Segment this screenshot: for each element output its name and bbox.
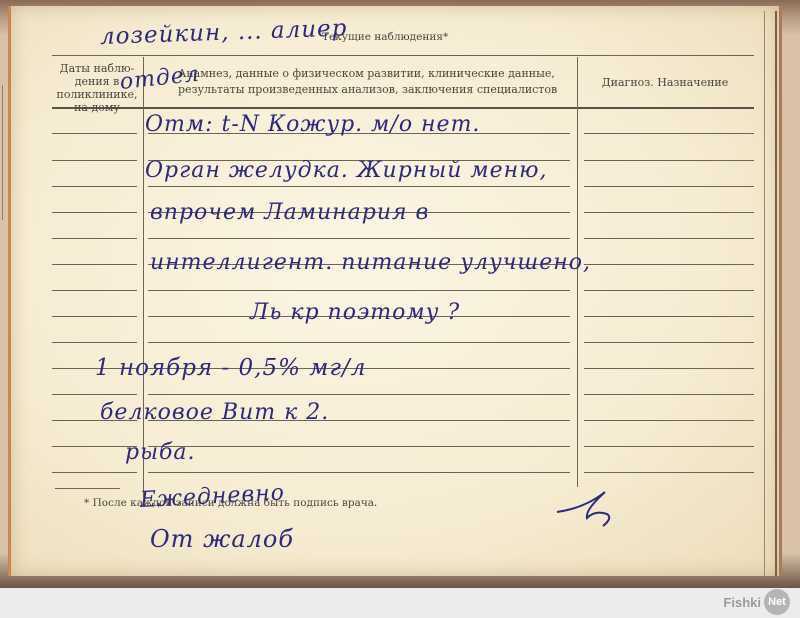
watermark-text: Fishki bbox=[723, 595, 761, 610]
page-stack-edge bbox=[764, 11, 777, 576]
header-line: на дому bbox=[52, 101, 142, 114]
ruled-line bbox=[52, 316, 137, 317]
ruled-line bbox=[584, 160, 754, 161]
ruled-line bbox=[584, 342, 754, 343]
ruled-line bbox=[148, 472, 570, 473]
ruled-line bbox=[148, 186, 570, 187]
header-line: результаты произведенных анализов, заклю… bbox=[178, 83, 570, 96]
ruled-line bbox=[52, 186, 137, 187]
ruled-line bbox=[52, 160, 137, 161]
fishki-watermark: Fishki Net bbox=[723, 590, 790, 614]
ruled-line bbox=[584, 316, 754, 317]
handwriting-line: От жалоб bbox=[150, 525, 294, 553]
handwriting-line: впрочем Ламинария в bbox=[150, 200, 429, 225]
ruled-line bbox=[584, 133, 754, 134]
ruled-line bbox=[148, 342, 570, 343]
ruled-line bbox=[584, 368, 754, 369]
ruled-line bbox=[584, 212, 754, 213]
ruled-line bbox=[148, 290, 570, 291]
handwriting-line: Отм: t-N Кожур. м/о нет. bbox=[145, 112, 480, 137]
ruled-line bbox=[52, 212, 137, 213]
ruled-line bbox=[584, 264, 754, 265]
ruled-line bbox=[52, 342, 137, 343]
handwriting-line: рыба. bbox=[125, 440, 196, 465]
ruled-line bbox=[52, 472, 137, 473]
ruled-line bbox=[584, 394, 754, 395]
ruled-line bbox=[584, 290, 754, 291]
ruled-line bbox=[52, 290, 137, 291]
header-bottom-rule bbox=[52, 107, 754, 109]
header-line: Анамнез, данные о физическом развитии, к… bbox=[178, 67, 570, 80]
ruled-line bbox=[52, 133, 137, 134]
ruled-line bbox=[52, 264, 137, 265]
ruled-line bbox=[148, 238, 570, 239]
notebook: Текущие наблюдения* Даты наблю- дения в … bbox=[0, 0, 800, 588]
ruled-line bbox=[584, 472, 754, 473]
footnote-rule bbox=[55, 488, 120, 489]
ruled-line bbox=[52, 238, 137, 239]
column-header-anamnesis: Анамнез, данные о физическом развитии, к… bbox=[150, 67, 570, 96]
handwriting-line: Ль кр поэтому ? bbox=[250, 300, 460, 325]
doctor-signature bbox=[555, 480, 635, 530]
ruled-line bbox=[148, 394, 570, 395]
header-top-rule bbox=[52, 55, 754, 56]
ruled-line bbox=[584, 446, 754, 447]
handwriting-line: 1 ноября - 0,5% мг/л bbox=[95, 355, 366, 381]
ruled-line bbox=[584, 420, 754, 421]
ruled-line bbox=[584, 186, 754, 187]
column-header-diagnosis: Диагноз. Назначение bbox=[580, 76, 750, 89]
ruled-line bbox=[584, 238, 754, 239]
handwriting-line: интеллигент. питание улучшено, bbox=[150, 250, 591, 275]
column-divider-date bbox=[143, 57, 144, 497]
ruled-line bbox=[52, 394, 137, 395]
ruled-line bbox=[148, 446, 570, 447]
handwriting-line: белковое Вит к 2. bbox=[100, 400, 329, 425]
handwriting-line: Орган желудка. Жирный меню, bbox=[145, 158, 547, 183]
watermark-badge: Net bbox=[764, 589, 790, 615]
